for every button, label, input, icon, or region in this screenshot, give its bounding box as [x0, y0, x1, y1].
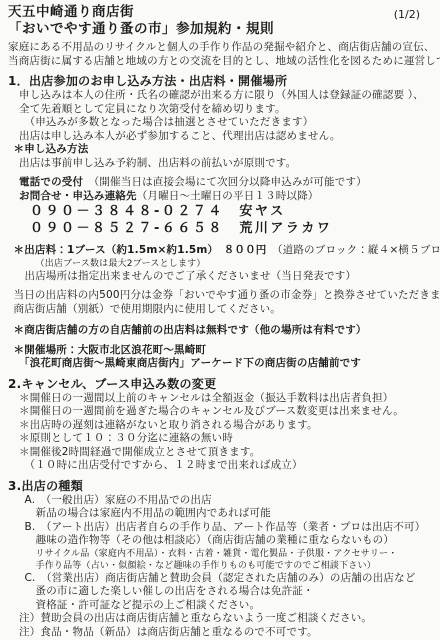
- intro-line-1: 家庭にある不用品のリサイクルと個人の手作り作品の発掘や紹介と、商店街店舗の宣伝、: [8, 41, 434, 55]
- text-segment: ＊商店街店舗の方の自店舗前の出店料は無料です（他の場所は有料です）: [14, 324, 367, 336]
- document-line: 申し込みは本人の住所・氏名の確認が出来る方に限り（外国人は登録証の確認要 ）、: [8, 89, 434, 103]
- document-line: A. （一般出店）家庭の不用品での出店: [8, 494, 434, 508]
- text-segment: ０９０－３８４８-０２７４ 安ヤス: [30, 204, 286, 219]
- document-line: ＊開催日の一週間以上前のキャンセルは全額返金（振込手数料は出店者負担）: [8, 392, 434, 406]
- document-line: 当日の出店料の内500円分は金券「おいでやす通り蚤の市金券」と換券させていただき…: [8, 289, 434, 303]
- document-line: ＊開催後2時間経過で開催成立とさせて頂きます。: [8, 446, 434, 460]
- document-line: 出店は申し込み本人が必ず参加すること、代理出店は認めません。: [8, 130, 434, 144]
- text-segment: 資格証・許可証など提示の上ご相談ください。: [36, 599, 261, 611]
- document-line: お問合せ・申込み連絡先（月曜日～土曜日の平日１３時以降）: [8, 190, 434, 204]
- document-line: ＊開催場所：大阪市北区浪花町～黒崎町: [8, 344, 434, 358]
- document-line: 趣味の造作物等（その他は相談応）（商店街店舗の業種に重ならないもの）: [8, 534, 434, 548]
- text-segment: （１０時に出店受付ですから、１２時まで出来れば成立）: [25, 459, 303, 471]
- document-line: ０９０－８５２７-６６５８ 荒川アラカワ: [8, 220, 434, 237]
- document-line: 商店街店舗（別紙）で使用期限内に使用してください。: [8, 303, 434, 317]
- document-line: ０９０－３８４８-０２７４ 安ヤス: [8, 203, 434, 220]
- text-segment: （開催当日は直接会場にて次回分以降申込みが可能です）: [83, 176, 367, 188]
- page-indicator: (1/2): [394, 4, 434, 21]
- document-line: ＊出店時の遅刻は連絡がないと取り消される場合があります。: [8, 419, 434, 433]
- document-line: 全て先着順として定員になり次第受付を締め切ります。: [8, 103, 434, 117]
- text-segment: 趣味の造作物等（その他は相談応）（商店街店舗の業種に重ならないもの）: [36, 534, 395, 546]
- text-segment: （月曜日～土曜日の平日１３時以降）: [137, 190, 319, 202]
- document-page: 天五中崎通り商店街 「おいでやす通り蚤の市」参加規約・規則 (1/2) 家庭にあ…: [0, 0, 440, 640]
- document-line: B. （アート出店）出店者自らの手作り品、アート作品等（業者・プロは出店不可）: [8, 521, 434, 535]
- document-line: リサイクル品（家庭内不用品）・衣料・古着・雑貨・電化製品・子供服・アクセサリー・: [8, 548, 434, 560]
- intro-paragraph: 家庭にある不用品のリサイクルと個人の手作り作品の発掘や紹介と、商店街店舗の宣伝、…: [8, 41, 434, 68]
- text-segment: 出店は申し込み本人が必ず参加すること、代理出店は認めません。: [19, 130, 341, 142]
- section-cancellation: 2.キャンセル、ブース申込み数の変更＊開催日の一週間以上前のキャンセルは全額返金…: [8, 377, 434, 473]
- text-segment: 蚤の市に適した楽しい催しの出店をされる場合は免許証・: [36, 585, 314, 597]
- text-segment: （出店ブース数は最大2ブースとします）: [36, 259, 206, 269]
- section-heading: 2.キャンセル、ブース申込み数の変更: [8, 377, 434, 392]
- document-line: 新品の場合は家庭内不用品の範囲内であれば可能: [8, 507, 434, 521]
- text-segment: 注）食品・物品（新品）は商店街店舗と重なるので不可です。: [19, 626, 318, 638]
- document-line: 電話での受付 （開催当日は直接会場にて次回分以降申込みが可能です）: [8, 176, 434, 190]
- text-segment: B. （アート出店）出店者自らの手作り品、アート作品等（業者・プロは出店不可）: [25, 521, 426, 533]
- text-segment: 全て先着順として定員になり次第受付を締め切ります。: [19, 103, 286, 115]
- text-segment: ＊出店料：1ブース（約1.5m×約1.5m） ８００円: [14, 244, 267, 256]
- text-segment: お問合せ・申込み連絡先: [19, 190, 137, 202]
- document-line: 注）食品・物品（新品）は商店街店舗と重なるので不可です。: [8, 626, 434, 640]
- text-segment: 商店街店舗（別紙）で使用期限内に使用してください。: [14, 303, 282, 315]
- document-line: ＊出店料：1ブース（約1.5m×約1.5m） ８００円 （道路のブロック：縦４×…: [8, 244, 434, 258]
- document-line: 「浪花町商店街～黒崎東商店街内」アーケード下の商店街の店舗前です: [8, 357, 434, 371]
- text-segment: ＊開催後2時間経過で開催成立とさせて頂きます。: [19, 446, 260, 458]
- document-line: ＊商店街店舗の方の自店舗前の出店料は無料です（他の場所は有料です）: [8, 324, 434, 338]
- intro-line-2: 当商店街に属する店舗と地域の方との交流を目的とし、地域の活性化を図るために運営し…: [8, 55, 434, 69]
- text-segment: 出店場所は指定出来ませんのでご了承くださいませ（当日発表です）: [25, 270, 357, 282]
- text-segment: 注）賛助会員の出店は商店街店舗と重ならないよう一度ご相談ください。: [19, 612, 372, 624]
- document-line: ＊原則として１０：３０分迄に連絡の無い時: [8, 432, 434, 446]
- text-segment: 手作り品等（占い・似顔絵・など趣味の手作りものも可能ですのでご相談下さい）: [36, 561, 376, 571]
- section-application: 1．出店参加のお申し込み方法・出店料・開催場所申し込みは本人の住所・氏名の確認が…: [8, 74, 434, 371]
- document-line: 資格証・許可証など提示の上ご相談ください。: [8, 599, 434, 613]
- text-segment: ＊原則として１０：３０分迄に連絡の無い時: [19, 432, 233, 444]
- document-line: （申込みが多数となった場合は抽選とさせていただきます）: [8, 116, 434, 130]
- text-segment: ＊開催場所：大阪市北区浪花町～黒崎町: [14, 344, 207, 356]
- text-segment: C. （営業出店）商店街店舗と賛助会員（認定された店舗のみ）の店舗の出店など: [25, 572, 416, 584]
- text-segment: A. （一般出店）家庭の不用品での出店: [25, 494, 212, 506]
- text-segment: 当日の出店料の内500円分は金券「おいでやす通り蚤の市金券」と換券させていただき…: [14, 289, 440, 301]
- text-segment: ０９０－８５２７-６６５８ 荒川アラカワ: [30, 221, 332, 236]
- document-title-line2: 「おいでやす通り蚤の市」参加規約・規則: [8, 21, 274, 38]
- text-segment: ＊申し込み方法: [14, 143, 89, 155]
- text-segment: 出店は事前申し込み予約制、出店料の前払いが原則です。: [19, 157, 296, 169]
- document-line: （出店ブース数は最大2ブースとします）: [8, 258, 434, 270]
- document-line: 手作り品等（占い・似顔絵・など趣味の手作りものも可能ですのでご相談下さい）: [8, 560, 434, 572]
- text-segment: 電話での受付: [19, 176, 83, 188]
- text-segment: 申し込みは本人の住所・氏名の確認が出来る方に限り（外国人は登録証の確認要 ）、: [19, 89, 424, 101]
- section-heading: 1．出店参加のお申し込み方法・出店料・開催場所: [8, 74, 434, 89]
- document-line: 蚤の市に適した楽しい催しの出店をされる場合は免許証・: [8, 585, 434, 599]
- document-line: 出店は事前申し込み予約制、出店料の前払いが原則です。: [8, 157, 434, 171]
- text-segment: ＊出店時の遅刻は連絡がないと取り消される場合があります。: [19, 419, 318, 431]
- document-line: （１０時に出店受付ですから、１２時まで出来れば成立）: [8, 459, 434, 473]
- document-line: 注）賛助会員の出店は商店街店舗と重ならないよう一度ご相談ください。: [8, 612, 434, 626]
- text-segment: ＊開催日の一週間以上前のキャンセルは全額返金（振込手数料は出店者負担）: [19, 392, 394, 404]
- title-block: 天五中崎通り商店街 「おいでやす通り蚤の市」参加規約・規則: [8, 4, 274, 38]
- text-segment: （申込みが多数となった場合は抽選とさせていただきます）: [25, 116, 314, 128]
- document-line: 出店場所は指定出来ませんのでご了承くださいませ（当日発表です）: [8, 270, 434, 284]
- section-booth-types: 3.出店の種類A. （一般出店）家庭の不用品での出店新品の場合は家庭内不用品の範…: [8, 479, 434, 640]
- document-line: ＊申し込み方法: [8, 143, 434, 157]
- text-segment: 「浪花町商店街～黒崎東商店街内」アーケード下の商店街の店舗前です: [19, 357, 361, 369]
- document-line: C. （営業出店）商店街店舗と賛助会員（認定された店舗のみ）の店舗の出店など: [8, 572, 434, 586]
- document-body: 1．出店参加のお申し込み方法・出店料・開催場所申し込みは本人の住所・氏名の確認が…: [8, 74, 434, 639]
- text-segment: 新品の場合は家庭内不用品の範囲内であれば可能: [36, 507, 271, 519]
- section-heading: 3.出店の種類: [8, 479, 434, 494]
- text-segment: （道路のブロック：縦４×横５ブロック）: [267, 244, 440, 256]
- text-segment: リサイクル品（家庭内不用品）・衣料・古着・雑貨・電化製品・子供服・アクセサリー・: [36, 549, 398, 559]
- document-title-line1: 天五中崎通り商店街: [8, 4, 274, 21]
- document-line: ＊開催日の一週間前を過ぎた場合のキャンセル及びブース数変更は出来ません。: [8, 405, 434, 419]
- document-header: 天五中崎通り商店街 「おいでやす通り蚤の市」参加規約・規則 (1/2): [8, 4, 434, 38]
- text-segment: ＊開催日の一週間前を過ぎた場合のキャンセル及びブース数変更は出来ません。: [19, 405, 404, 417]
